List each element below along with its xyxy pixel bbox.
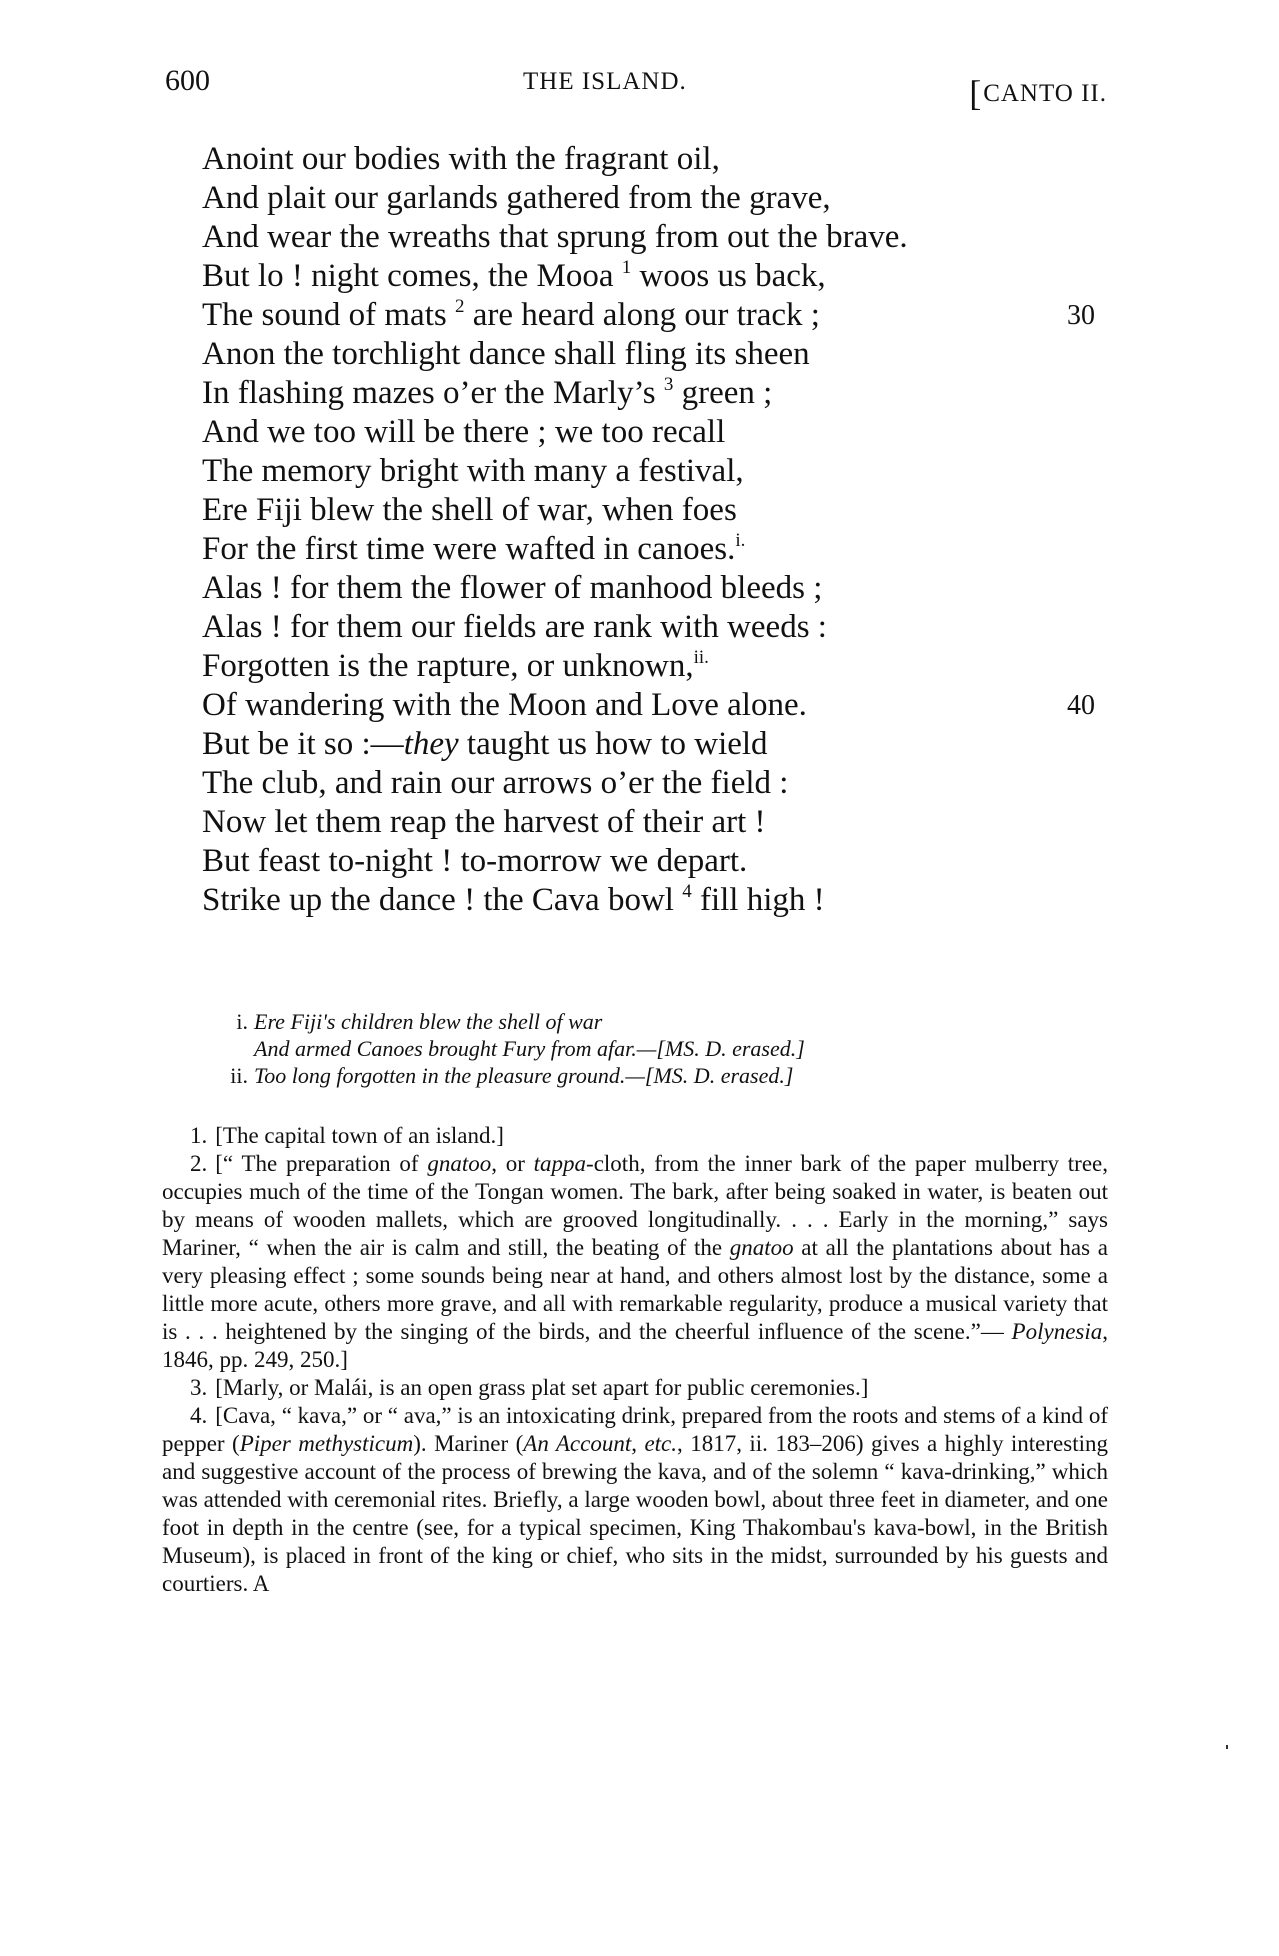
line-number: 30: [1067, 296, 1095, 335]
poem-line-text: Of wandering with the Moon and Love alon…: [202, 687, 807, 723]
poem-line-text: Anoint our bodies with the fragrant oil,: [202, 141, 720, 177]
print-speck: [1226, 1745, 1228, 1749]
footnote: 1.[The capital town of an island.]: [162, 1122, 1108, 1150]
footnote-text: [Marly, or Malái, is an open grass plat …: [215, 1375, 868, 1400]
variant-label: i.: [210, 1008, 248, 1035]
poem-line: Alas ! for them the flower of manhood bl…: [202, 569, 1107, 608]
poem-line-text: green ;: [673, 375, 772, 411]
poem-line: And we too will be there ; we too recall: [202, 413, 1107, 452]
italic-term: gnatoo: [730, 1235, 794, 1260]
poem-body: Anoint our bodies with the fragrant oil,…: [202, 140, 1107, 920]
poem-line: The sound of mats 2 are heard along our …: [202, 296, 1107, 335]
italic-term: An Account: [523, 1431, 631, 1456]
section-label-text: CANTO II.: [983, 80, 1107, 107]
footnote-text: [“ The preparation of: [215, 1151, 427, 1176]
poem-line-text: The sound of mats: [202, 297, 455, 333]
italic-term: gnatoo: [427, 1151, 491, 1176]
poem-line: And plait our garlands gathered from the…: [202, 179, 1107, 218]
footnote-text: [The capital town of an island.]: [215, 1123, 504, 1148]
poem-line: Forgotten is the rapture, or unknown,ii.: [202, 647, 1107, 686]
poem-line: Of wandering with the Moon and Love alon…: [202, 686, 1107, 725]
footnote-number: 4.: [190, 1402, 207, 1430]
variant-reading: i.Ere Fiji's children blew the shell of …: [210, 1008, 1110, 1035]
running-title: THE ISLAND.: [523, 68, 687, 96]
footnote: 4.[Cava, “ kava,” or “ ava,” is an intox…: [162, 1402, 1108, 1598]
poem-line-text: Forgotten is the rapture, or unknown,: [202, 648, 694, 684]
poem-line-text: But be it so :—: [202, 726, 404, 762]
poem-line-text: And wear the wreaths that sprung from ou…: [202, 219, 908, 255]
footnotes: 1.[The capital town of an island.]2.[“ T…: [162, 1122, 1108, 1598]
poem-line: Anon the torchlight dance shall fling it…: [202, 335, 1107, 374]
poem-line-text: But feast to-night ! to-morrow we depart…: [202, 843, 747, 879]
poem-line: For the first time were wafted in canoes…: [202, 530, 1107, 569]
footnote: 3.[Marly, or Malái, is an open grass pla…: [162, 1374, 1108, 1402]
poem-line: Alas ! for them our fields are rank with…: [202, 608, 1107, 647]
poem-line-text: But lo ! night comes, the Mooa: [202, 258, 622, 294]
poem-line: In flashing mazes o’er the Marly’s 3 gre…: [202, 374, 1107, 413]
variant-text: Too long forgotten in the pleasure groun…: [254, 1063, 793, 1088]
variant-text: Ere Fiji's children blew the shell of wa…: [254, 1009, 602, 1034]
footnote-marker: 3: [664, 374, 674, 395]
poem-line: Ere Fiji blew the shell of war, when foe…: [202, 491, 1107, 530]
footnote-text: ). Mariner (: [413, 1431, 523, 1456]
poem-line: But feast to-night ! to-morrow we depart…: [202, 842, 1107, 881]
section-label: [CANTO II.: [969, 68, 1107, 110]
poem-line: But lo ! night comes, the Mooa 1 woos us…: [202, 257, 1107, 296]
poem-line-text: fill high !: [692, 882, 825, 918]
poem-line-text: In flashing mazes o’er the Marly’s: [202, 375, 664, 411]
footnote-text: ,: [631, 1431, 644, 1456]
variant-text: And armed Canoes brought Fury from afar.…: [254, 1036, 805, 1061]
variant-label: ii.: [210, 1062, 248, 1089]
poem-line-text: Alas ! for them our fields are rank with…: [202, 609, 827, 645]
poem-line: Strike up the dance ! the Cava bowl 4 fi…: [202, 881, 1107, 920]
italic-term: Polynesia: [1012, 1319, 1103, 1344]
italic-term: tappa: [534, 1151, 586, 1176]
running-header: 600 THE ISLAND. [CANTO II.: [165, 64, 1107, 104]
poem-line-text: For the first time were wafted in canoes…: [202, 531, 735, 567]
poem-line-text: The memory bright with many a festival,: [202, 453, 744, 489]
footnote-marker: 4: [682, 881, 692, 902]
poem-line-text: And we too will be there ; we too recall: [202, 414, 725, 450]
footnote-marker: 2: [455, 296, 465, 317]
poem-line-text: Anon the torchlight dance shall fling it…: [202, 336, 810, 372]
variant-reading: And armed Canoes brought Fury from afar.…: [210, 1035, 1110, 1062]
poem-line-text: Strike up the dance ! the Cava bowl: [202, 882, 682, 918]
footnote: 2.[“ The preparation of gnatoo, or tappa…: [162, 1150, 1108, 1374]
poem-line: Anoint our bodies with the fragrant oil,: [202, 140, 1107, 179]
poem-line: The memory bright with many a festival,: [202, 452, 1107, 491]
line-number: 40: [1067, 686, 1095, 725]
poem-line-text: And plait our garlands gathered from the…: [202, 180, 831, 216]
poem-line-text: Ere Fiji blew the shell of war, when foe…: [202, 492, 737, 528]
footnote-text: , or: [491, 1151, 533, 1176]
poem-line: And wear the wreaths that sprung from ou…: [202, 218, 1107, 257]
poem-line-text: Alas ! for them the flower of manhood bl…: [202, 570, 822, 606]
variant-reading: ii.Too long forgotten in the pleasure gr…: [210, 1062, 1110, 1089]
italic-term: Piper methysticum: [240, 1431, 414, 1456]
footnote-marker: 1: [622, 257, 632, 278]
italic-term: etc.: [644, 1431, 677, 1456]
poem-line-text: are heard along our track ;: [464, 297, 820, 333]
footnote-number: 3.: [190, 1374, 207, 1402]
poem-line-text: woos us back,: [631, 258, 825, 294]
poem-line-text: The club, and rain our arrows o’er the f…: [202, 765, 788, 801]
poem-line: But be it so :—they taught us how to wie…: [202, 725, 1107, 764]
emphasis: they: [404, 726, 459, 762]
bracket-glyph: [: [969, 73, 982, 113]
poem-line: The club, and rain our arrows o’er the f…: [202, 764, 1107, 803]
footnote-marker: i.: [735, 530, 745, 551]
poem-line: Now let them reap the harvest of their a…: [202, 803, 1107, 842]
page-number: 600: [165, 64, 210, 98]
poem-line-text: Now let them reap the harvest of their a…: [202, 804, 766, 840]
variant-readings: i.Ere Fiji's children blew the shell of …: [210, 1008, 1110, 1089]
footnote-number: 1.: [190, 1122, 207, 1150]
footnote-number: 2.: [190, 1150, 207, 1178]
poem-line-text: taught us how to wield: [459, 726, 768, 762]
footnote-marker: ii.: [694, 647, 709, 668]
